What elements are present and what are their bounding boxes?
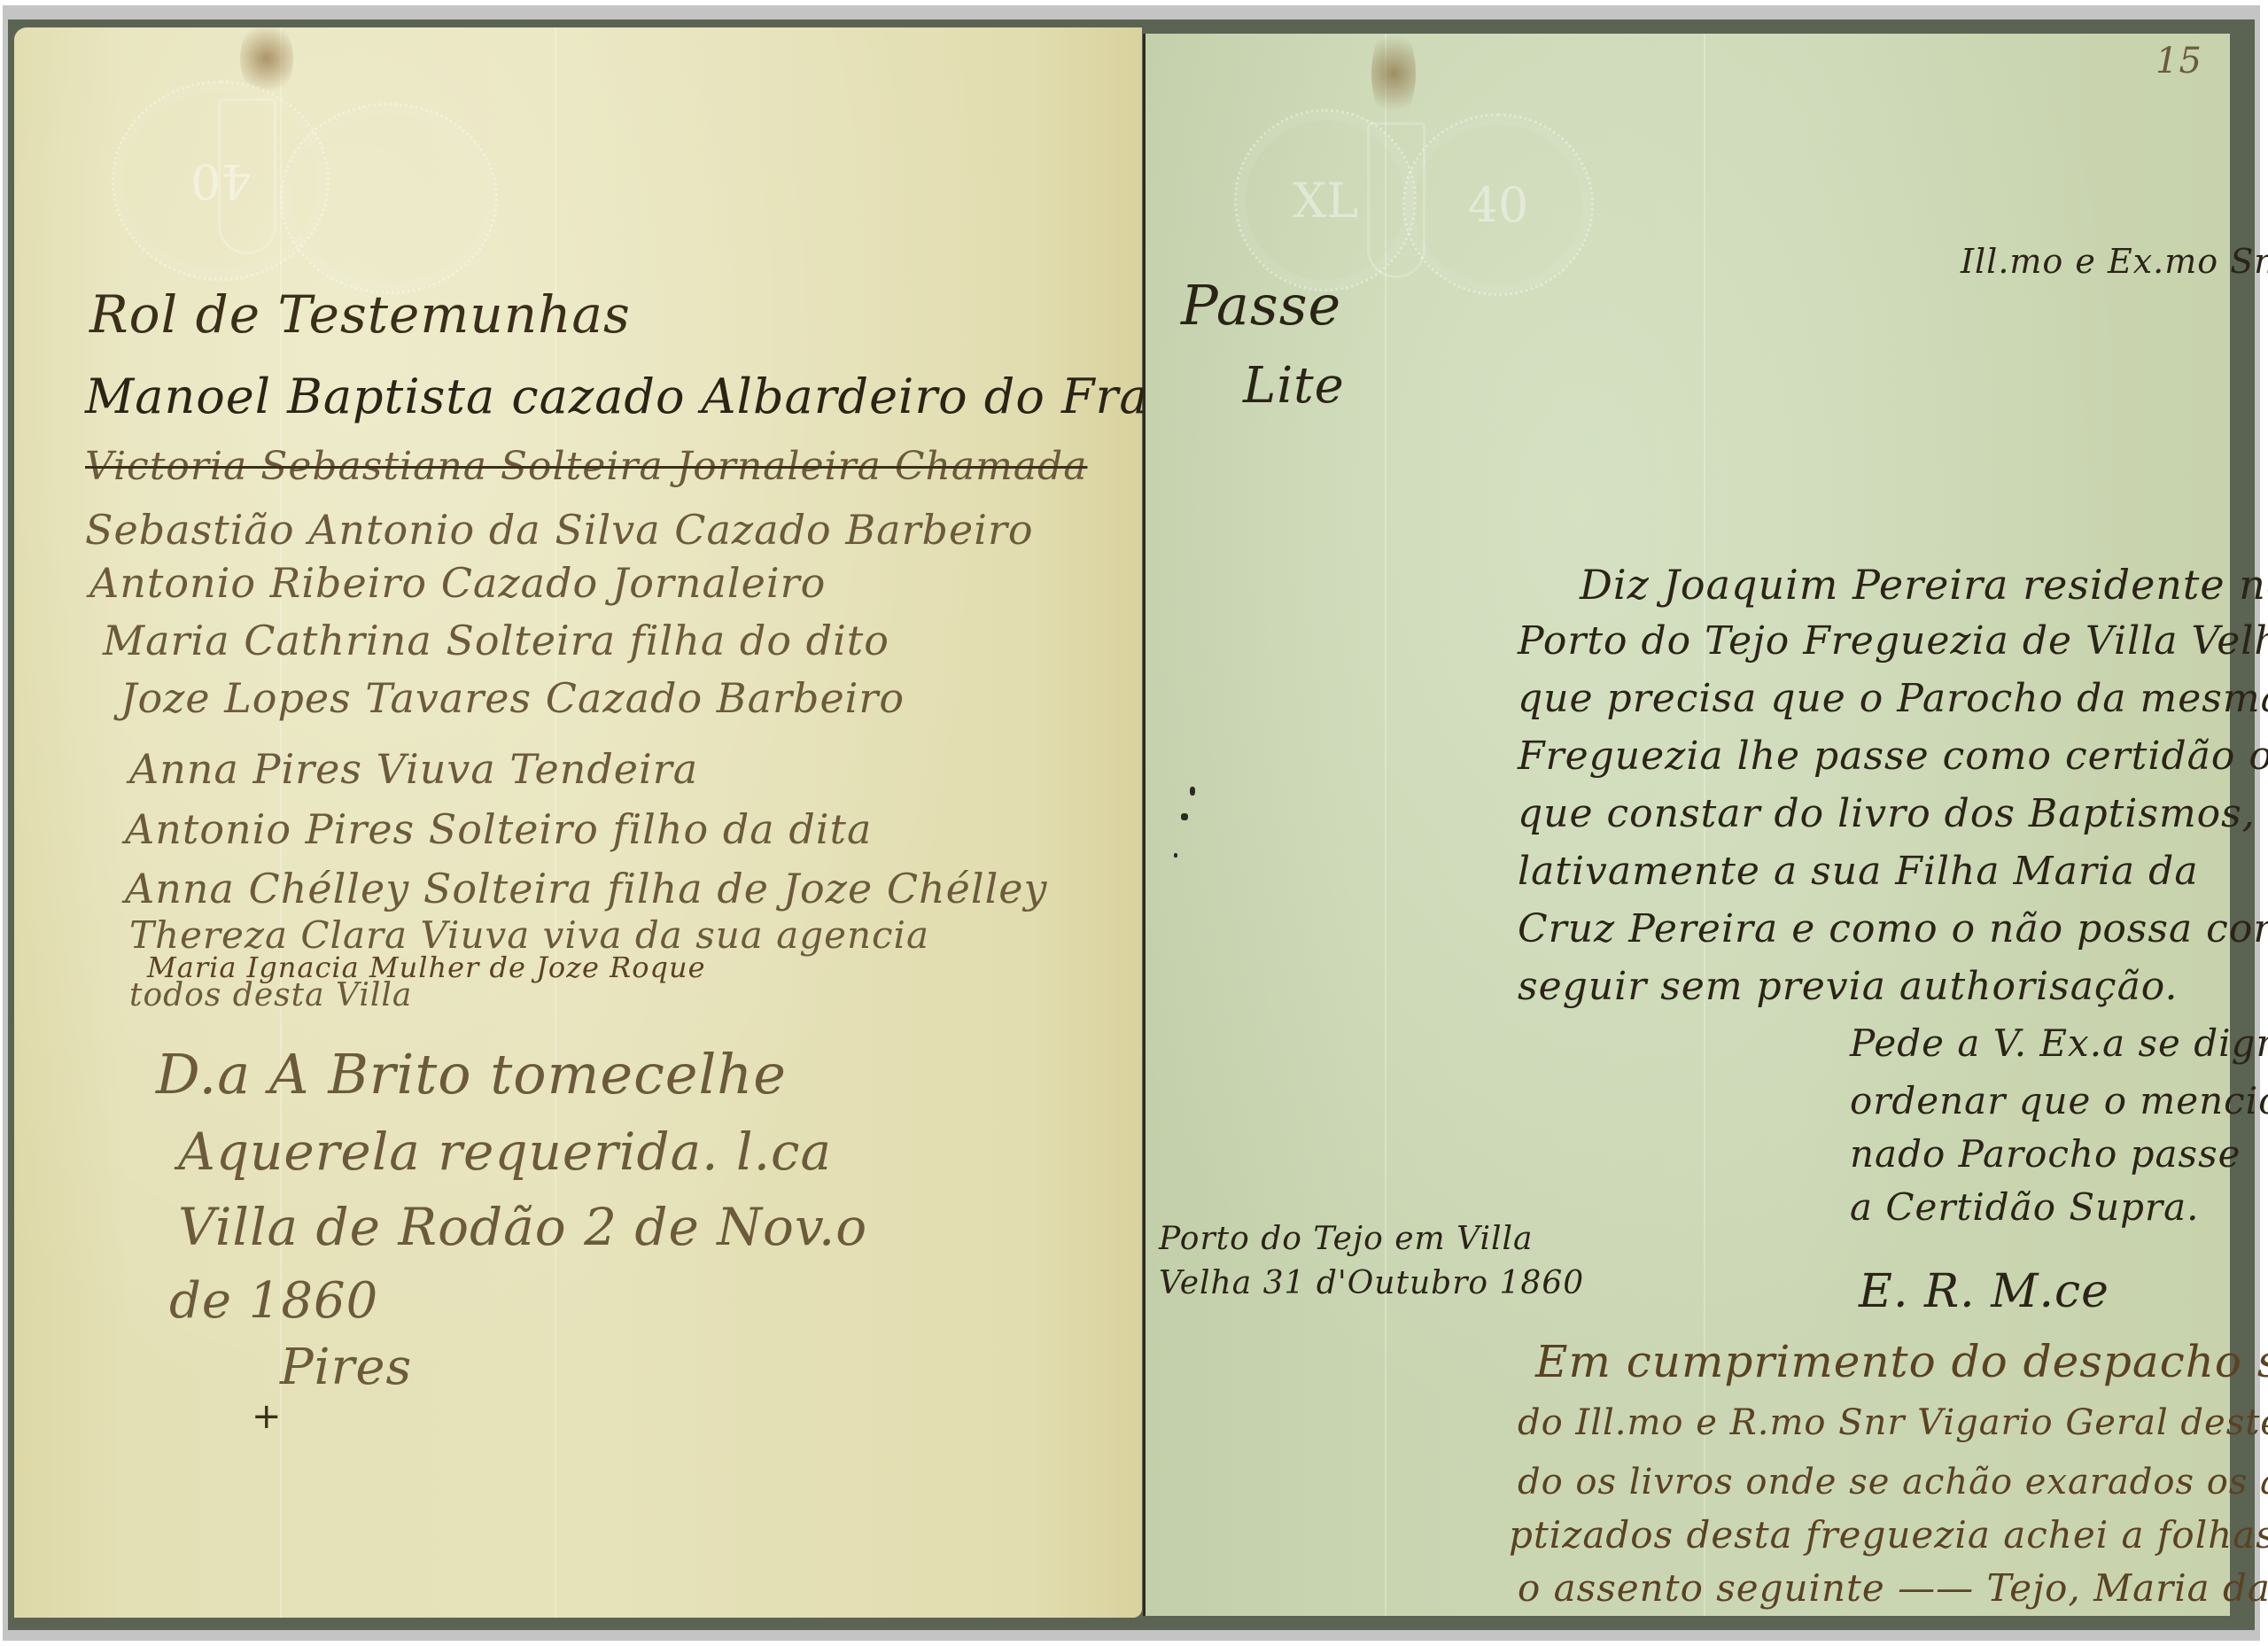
witness-closing-todos: todos desta Villa (129, 977, 412, 1013)
despacho-line-1: D.a A Brito tomecelhe (156, 1042, 787, 1106)
stamp-numeral: 40 (1468, 177, 1529, 233)
petition-line-5: que constar do livro dos Baptismos, re- (1518, 791, 2268, 836)
petition-line-1: Diz Joaquim Pereira residente no (1580, 561, 2268, 609)
cross-mark-icon: + (252, 1396, 282, 1437)
petition-line-6: lativamente a sua Filha Maria da (1518, 849, 2199, 894)
despacho-line-2: Aquerela requerida. l.ca (178, 1122, 832, 1182)
despacho-line-4-date: de 1860 (169, 1272, 378, 1330)
margin-note-lite: Lite (1243, 357, 1345, 415)
certificate-line-4: ptizados desta freguezia achei a folhas … (1509, 1513, 2268, 1557)
petition-line-4: Freguezia lhe passe como certidão o (1518, 734, 2268, 779)
petition-line-7: Cruz Pereira e como o não possa con- (1518, 906, 2268, 951)
petition-line-3: que precisa que o Parocho da mesma (1518, 676, 2268, 721)
embossed-stamp-40: 40 (1402, 113, 1594, 296)
witness-line-2: Sebastião Antonio da Silva Cazado Barbei… (85, 506, 1034, 554)
certificate-line-1: Em cumprimento do despacho supra (1535, 1336, 2268, 1387)
left-page: 40 Rol de Testemunhas Manoel Baptista ca… (14, 27, 1142, 1618)
heading-rol-de-testemunhas: Rol de Testemunhas (89, 284, 631, 345)
salutation: Ill.mo e Ex.mo Snr (1961, 242, 2268, 281)
embossed-stamp-right (280, 103, 498, 294)
witness-line-5: Joze Lopes Tavares Cazado Barbeiro (120, 674, 905, 722)
right-page: XL 40 15 Ill.mo e Ex.mo Snr Passe Lite D… (1143, 34, 2230, 1616)
paper-speck (1174, 853, 1177, 858)
witness-line-1: Manoel Baptista cazado Albardeiro do Fra… (85, 369, 1214, 424)
witness-line-6: Anna Pires Viuva Tendeira (129, 745, 698, 793)
place-date-line-2: Velha 31 d'Outubro 1860 (1159, 1265, 1584, 1301)
request-line-4: a Certidão Supra. (1850, 1185, 2200, 1229)
request-line-3: nado Parocho passe (1850, 1132, 2241, 1176)
witness-line-8: Anna Chélley Solteira filha de Joze Chél… (125, 865, 1048, 912)
ink-stain (1371, 25, 1416, 122)
petition-line-2: Porto do Tejo Freguezia de Villa Velha (1518, 618, 2268, 664)
witness-line-3: Antonio Ribeiro Cazado Jornaleiro (89, 559, 826, 607)
paper-speck (1181, 813, 1188, 820)
certificate-line-3: do os livros onde se achão exarados os a… (1518, 1462, 2268, 1502)
folio-number: 15 (2155, 41, 2202, 82)
paper-speck (1190, 787, 1195, 796)
despacho-signature-pires: Pires (280, 1339, 412, 1396)
place-date-line-1: Porto do Tejo em Villa (1159, 1221, 1533, 1257)
closing-erm: E. R. M.ce (1859, 1265, 2109, 1318)
certificate-line-2: do Ill.mo e R.mo Snr Vigario Geral deste… (1518, 1402, 2268, 1443)
witness-line-4: Maria Cathrina Solteira filha do dito (103, 617, 889, 664)
request-line-1: Pede a V. Ex.a se digne (1850, 1021, 2268, 1065)
petition-line-8: seguir sem previa authorisação. (1518, 964, 2179, 1009)
embossed-coat-of-arms (218, 98, 276, 254)
request-line-2: ordenar que o mencio- (1850, 1079, 2268, 1122)
despacho-line-3: Villa de Rodão 2 de Nov.o (178, 1197, 867, 1257)
margin-note-passe: Passe (1181, 273, 1341, 338)
struck-witness-line: Victoria Sebastiana Solteira Jornaleira … (85, 444, 1087, 489)
certificate-line-5: o assento seguinte —— Tejo, Maria da (1518, 1566, 2268, 1610)
stamp-roman-numeral: XL (1293, 173, 1358, 229)
witness-line-7: Antonio Pires Solteiro filho da dita (125, 805, 872, 853)
